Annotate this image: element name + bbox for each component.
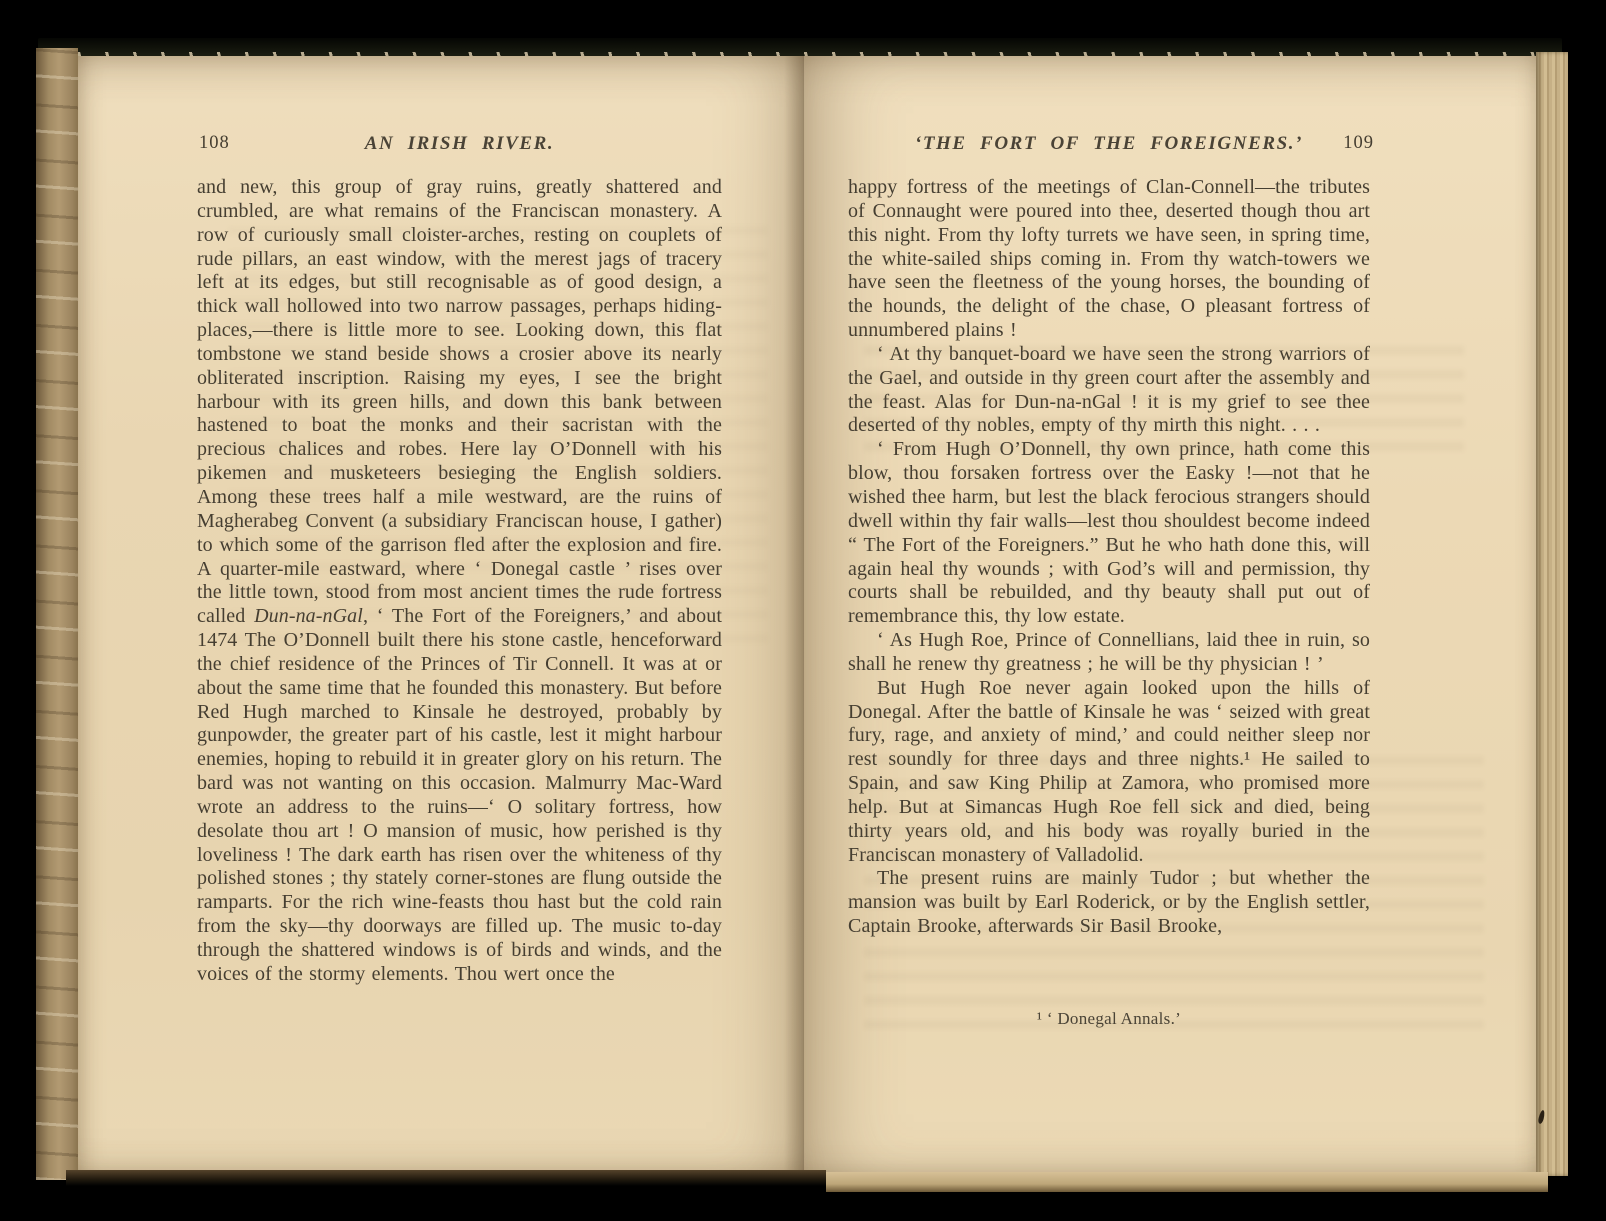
page-right: ‘THE FORT OF THE FOREIGNERS.’ 109 happy … <box>804 56 1536 1172</box>
running-head: AN IRISH RIVER. <box>197 133 722 155</box>
paragraph: The present ruins are mainly Tudor ; but… <box>848 867 1370 939</box>
book-left-cover-edge <box>36 48 78 1180</box>
body-text-right: happy fortress of the meetings of Clan-C… <box>848 176 1370 939</box>
page-number: 108 <box>199 133 230 154</box>
footnote: ¹ ‘ Donegal Annals.’ <box>848 1009 1370 1029</box>
photo-background: 108 AN IRISH RIVER. and new, this group … <box>0 0 1606 1221</box>
book-bottom-page-edges <box>826 1172 1548 1192</box>
paragraph: happy fortress of the meetings of Clan-C… <box>848 176 1370 343</box>
book-bottom-shadow <box>66 1170 826 1186</box>
page-left: 108 AN IRISH RIVER. and new, this group … <box>78 56 804 1172</box>
book-right-page-edges <box>1536 52 1568 1176</box>
text-segment-italic: Dun-na-nGal <box>254 605 363 627</box>
paragraph: ‘ At thy banquet-board we have seen the … <box>848 343 1370 438</box>
paragraph: ‘ From Hugh O’Donnell, thy own prince, h… <box>848 438 1370 629</box>
text-segment: , ‘ The Fort of the Foreigners,’ and abo… <box>197 605 722 985</box>
book-top-edge <box>38 38 1562 58</box>
page-head-left: 108 AN IRISH RIVER. <box>197 133 722 159</box>
running-head: ‘THE FORT OF THE FOREIGNERS.’ <box>848 133 1370 155</box>
paragraph: and new, this group of gray ruins, great… <box>197 176 722 987</box>
paragraph: But Hugh Roe never again looked upon the… <box>848 677 1370 868</box>
paragraph: ‘ As Hugh Roe, Prince of Connellians, la… <box>848 629 1370 677</box>
page-number: 109 <box>1343 133 1374 154</box>
body-text-left: and new, this group of gray ruins, great… <box>197 176 722 987</box>
book-spread: 108 AN IRISH RIVER. and new, this group … <box>36 38 1568 1192</box>
text-segment: and new, this group of gray ruins, great… <box>197 176 722 627</box>
page-head-right: ‘THE FORT OF THE FOREIGNERS.’ 109 <box>848 133 1370 159</box>
